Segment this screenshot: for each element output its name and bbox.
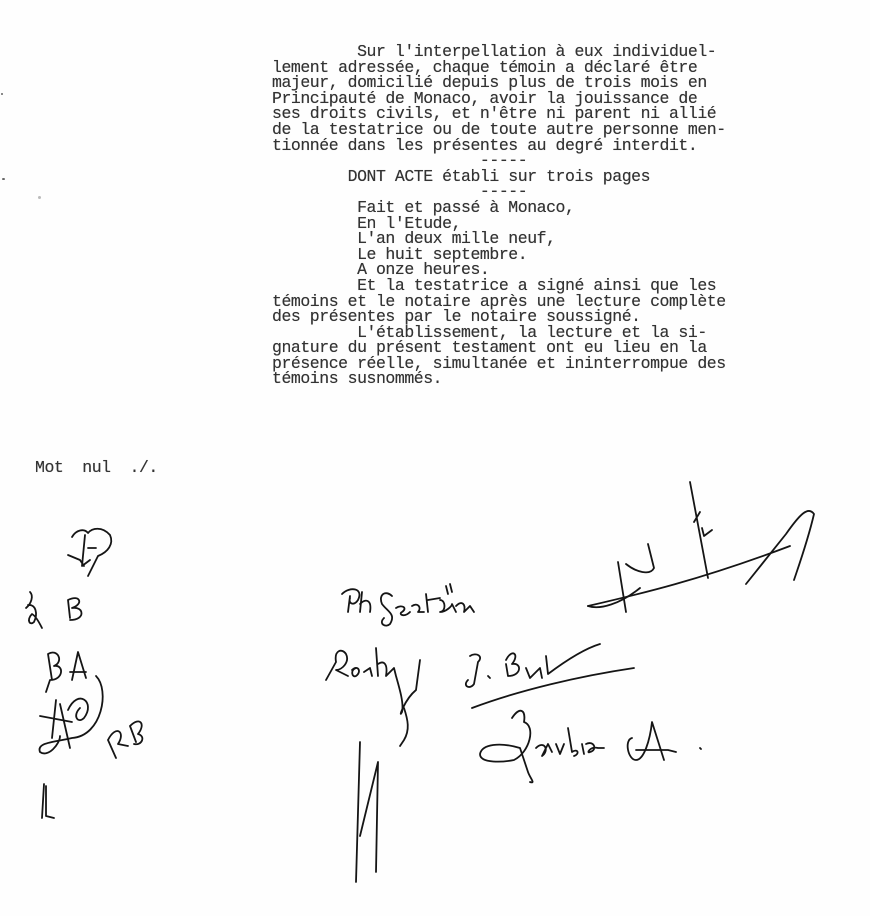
signature-j-bul: [466, 644, 634, 708]
signature-ph-scalera: [342, 584, 474, 626]
document-page: Sur l'interpellation à eux individuel-le…: [0, 0, 870, 916]
signature-barbieri-a: [480, 711, 701, 783]
signatures-layer: [0, 0, 870, 916]
signature-initial-l: [42, 784, 54, 818]
signature-initials-rb: [39, 676, 142, 758]
signature-initials-ba: [46, 652, 86, 692]
signature-flourish-right: [588, 482, 814, 612]
signature-vertical-mark: [356, 742, 378, 882]
signature-initials-scribble: [68, 529, 111, 576]
signature-rochy: [326, 648, 420, 746]
signature-initials-jb: [26, 592, 82, 628]
